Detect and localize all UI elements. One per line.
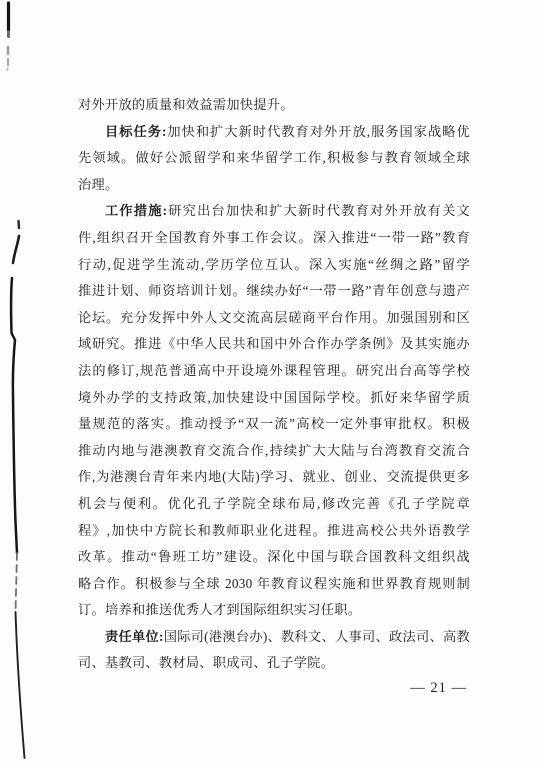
text-line: 行动,促进学生流动,学历学位互认。深入实施“丝绸之路”留学 <box>78 252 470 279</box>
text-line: 订。培养和推送优秀人才到国际组织实习任职。 <box>78 597 470 624</box>
text-line: 略合作。积极参与全球 2030 年教育议程实施和世界教育规则制 <box>78 571 470 598</box>
text-line: 司、基教司、教材局、职成司、孔子学院。 <box>78 650 470 677</box>
document-page: 对外开放的质量和效益需加快提升。 目标任务:加快和扩大新时代教育对外开放,服务国… <box>0 0 544 761</box>
paragraph-label: 目标任务: <box>105 124 167 139</box>
text-line: 作,为港澳台青年来内地(大陆)学习、就业、创业、交流提供更多 <box>78 464 470 491</box>
text-line: 机会与便利。优化孔子学院全球布局,修改完善《孔子学院章 <box>78 491 470 518</box>
text-line: 改革。推动“鲁班工坊”建设。深化中国与联合国教科文组织战 <box>78 544 470 571</box>
text-line: 法的修订,规范普通高中开设境外课程管理。研究出台高等学校 <box>78 358 470 385</box>
text-block: 对外开放的质量和效益需加快提升。 目标任务:加快和扩大新时代教育对外开放,服务国… <box>78 92 470 677</box>
text-line: 治理。 <box>78 172 470 199</box>
text-line: 量规范的落实。推动授予“双一流”高校一定外事审批权。积极 <box>78 411 470 438</box>
text-line: 责任单位:国际司(港澳台办)、教科文、人事司、政法司、高教 <box>78 624 470 651</box>
text-line: 推动内地与港澳教育交流合作,持续扩大大陆与台湾教育交流合 <box>78 438 470 465</box>
paragraph-label: 责任单位: <box>105 629 164 644</box>
text-line: 推进计划、师资培训计划。继续办好“一带一路”青年创意与遗产 <box>78 278 470 305</box>
paragraph-label: 工作措施: <box>105 203 167 218</box>
text-line: 论坛。充分发挥中外人文交流高层磋商平台作用。加强国别和区 <box>78 305 470 332</box>
text-line: 目标任务:加快和扩大新时代教育对外开放,服务国家战略优 <box>78 119 470 146</box>
page-number: — 21 — <box>410 678 467 698</box>
text-line: 工作措施:研究出台加快和扩大新时代教育对外开放有关文 <box>78 198 470 225</box>
text-line: 件,组织召开全国教育外事工作会议。深入推进“一带一路”教育 <box>78 225 470 252</box>
text-line: 域研究。推进《中华人民共和国中外合作办学条例》及其实施办 <box>78 331 470 358</box>
text-line: 境外办学的支持政策,加快建设中国国际学校。抓好来华留学质 <box>78 385 470 412</box>
text-line: 先领域。做好公派留学和来华留学工作,积极参与教育领域全球 <box>78 145 470 172</box>
text-line: 程》,加快中方院长和教师职业化进程。推进高校公共外语教学 <box>78 518 470 545</box>
text-line: 对外开放的质量和效益需加快提升。 <box>78 92 470 119</box>
